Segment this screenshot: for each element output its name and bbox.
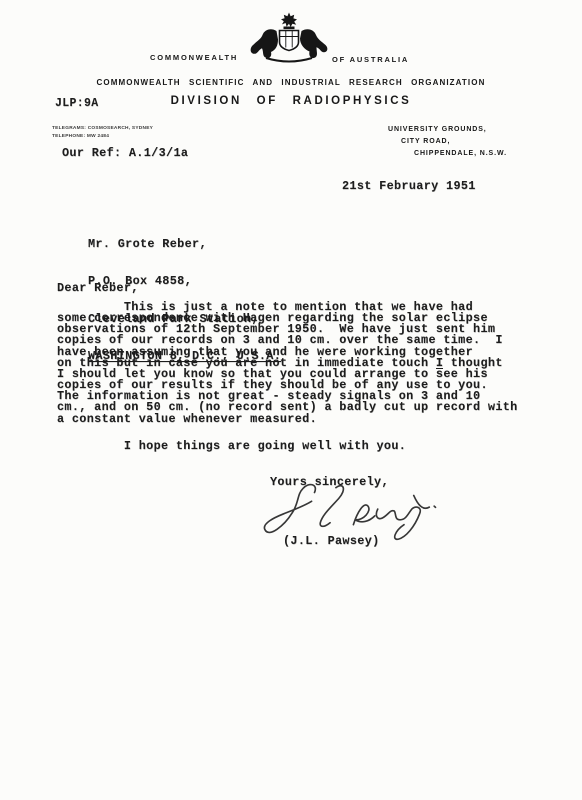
division-title: DIVISION OF RADIOPHYSICS [0, 95, 582, 107]
sender-address-line-2: CITY ROAD, [401, 138, 450, 145]
organization-name: COMMONWEALTH SCIENTIFIC AND INDUSTRIAL R… [0, 78, 582, 87]
coat-of-arms-icon [248, 12, 330, 64]
sender-address-line-1: UNIVERSITY GROUNDS, [388, 126, 487, 133]
typed-underline-mark [436, 368, 443, 369]
typed-signature-name: (J.L. Pawsey) [283, 534, 380, 548]
salutation: Dear Reber, [57, 281, 139, 295]
our-ref-line: Our Ref: A.1/3/1a [62, 146, 188, 160]
commonwealth-label: COMMONWEALTH [150, 53, 238, 62]
of-australia-label: OF AUSTRALIA [332, 55, 409, 64]
recipient-line: Mr. Grote Reber, [88, 238, 281, 250]
letter-page: COMMONWEALTH OF AUSTRALIA COMMONWEALTH S… [0, 0, 582, 800]
date-line: 21st February 1951 [342, 179, 476, 193]
telegrams-line: TELEGRAMS: COSMOSEARCH, SYDNEY [52, 126, 153, 131]
telephone-line: TELEPHONE: MW 2484 [52, 134, 109, 139]
body-paragraph-2: I hope things are going well with you. [57, 439, 406, 453]
sender-address-line-3: CHIPPENDALE, N.S.W. [414, 150, 507, 157]
body-paragraph-1: This is just a note to mention that we h… [57, 302, 518, 425]
